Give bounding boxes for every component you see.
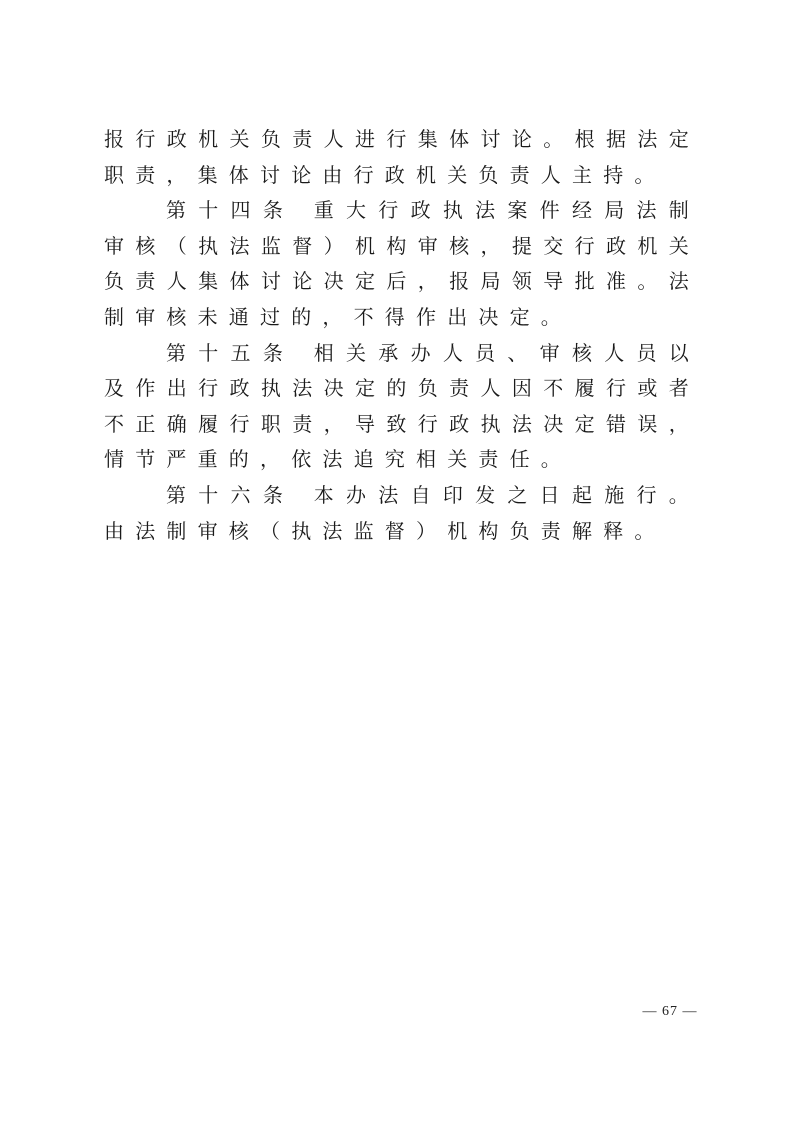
document-page: 报行政机关负责人进行集体讨论。根据法定职责，集体讨论由行政机关负责人主持。 第十… bbox=[0, 0, 793, 1122]
article-14-paragraph: 第十四条 重大行政执法案件经局法制审核（执法监督）机构审核，提交行政机关负责人集… bbox=[104, 193, 700, 335]
paragraph-continuation: 报行政机关负责人进行集体讨论。根据法定职责，集体讨论由行政机关负责人主持。 bbox=[104, 122, 700, 193]
article-16-paragraph: 第十六条 本办法自印发之日起施行。由法制审核（执法监督）机构负责解释。 bbox=[104, 478, 700, 549]
article-15-paragraph: 第十五条 相关承办人员、审核人员以及作出行政执法决定的负责人因不履行或者不正确履… bbox=[104, 336, 700, 478]
page-number: — 67 — bbox=[630, 1004, 710, 1020]
document-body: 报行政机关负责人进行集体讨论。根据法定职责，集体讨论由行政机关负责人主持。 第十… bbox=[104, 122, 700, 549]
